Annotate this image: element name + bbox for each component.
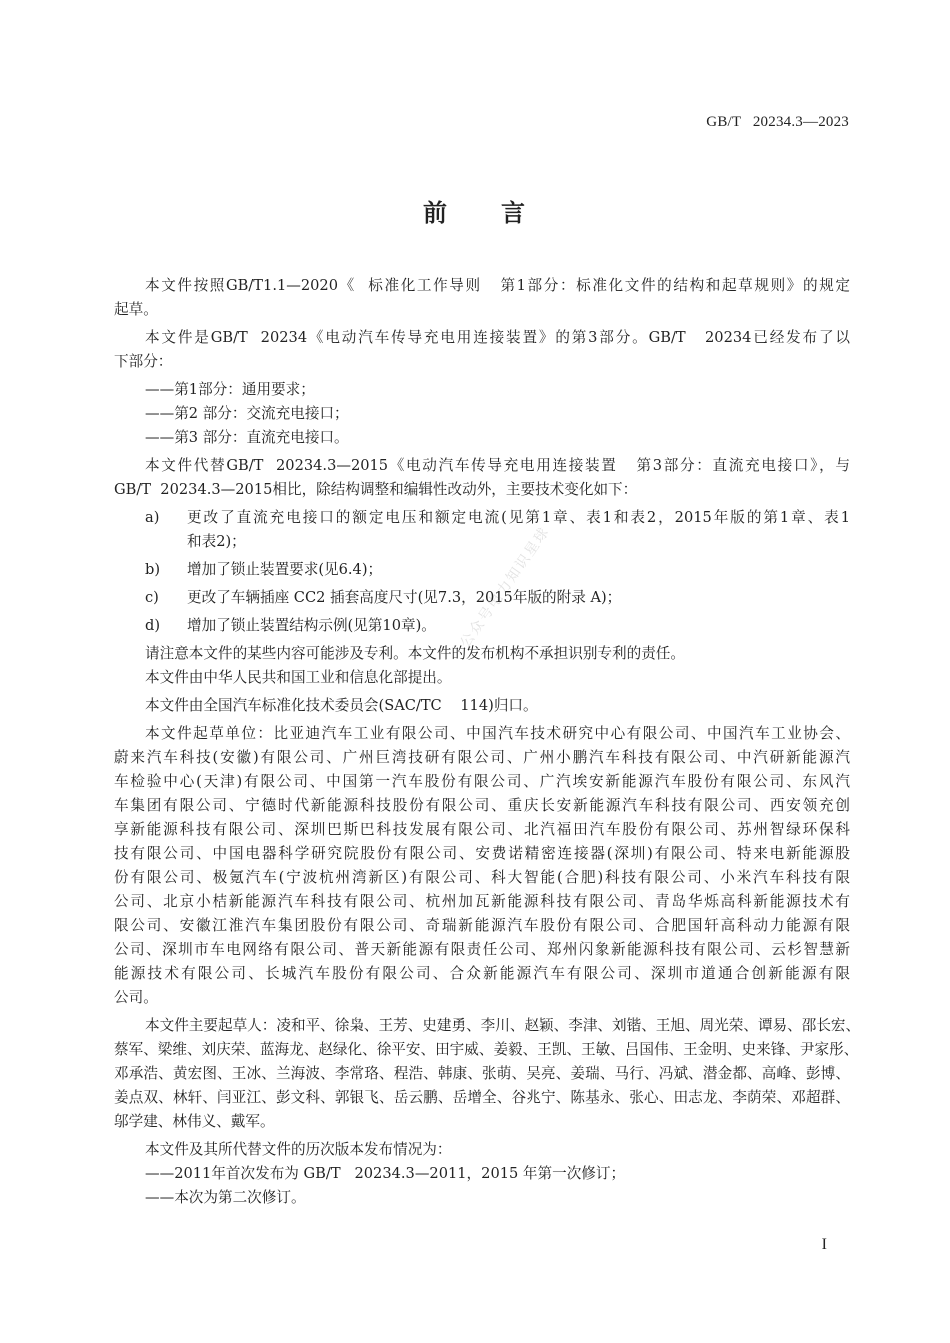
text-line: 本文件是GB/T 20234《电动汽车传导充电用连接装置》的第3部分。GB/T …	[114, 326, 850, 350]
list-item: ——2011年首次发布为 GB/T 20234.3—2011，2015 年第一次…	[114, 1162, 850, 1186]
list-item: a) 更改了直流充电接口的额定电压和额定电流(见第1章、表1和表2，2015年版…	[114, 506, 850, 530]
list-marker: b)	[114, 558, 187, 582]
list-item: ——第3 部分：直流充电接口。	[114, 426, 850, 450]
text-line: 能源技术有限公司、长城汽车股份有限公司、合众新能源汽车有限公司、深圳市道通合创新…	[114, 962, 850, 986]
text-line: 技有限公司、中国电器科学研究院股份有限公司、安费诺精密连接器(深圳)有限公司、特…	[114, 842, 850, 866]
parts-list: ——第1部分：通用要求； ——第2 部分：交流充电接口； ——第3 部分：直流充…	[114, 378, 850, 450]
changes-list: a) 更改了直流充电接口的额定电压和额定电流(见第1章、表1和表2，2015年版…	[114, 506, 850, 638]
patent-notice: 请注意本文件的某些内容可能涉及专利。本文件的发布机构不承担识别专利的责任。	[114, 642, 850, 666]
text-line: 公司、深圳市车电网络有限公司、普天新能源有限责任公司、郑州闪象新能源科技有限公司…	[114, 938, 850, 962]
text-line: 本文件代替GB/T 20234.3—2015《电动汽车传导充电用连接装置 第3部…	[114, 454, 850, 478]
document-page: GB/T 20234.3—2023 前 言 公众号电力知识星球 本文件按照GB/…	[0, 0, 950, 1343]
page-number: I	[822, 1236, 827, 1254]
list-item: b) 增加了锁止装置要求(见6.4)；	[114, 558, 850, 582]
text-line: 更改了直流充电接口的额定电压和额定电流(见第1章、表1和表2，2015年版的第1…	[187, 506, 850, 530]
list-marker: c)	[114, 586, 187, 610]
list-item: ——本次为第二次修订。	[114, 1186, 850, 1210]
proposer-statement: 本文件由中华人民共和国工业和信息化部提出。	[114, 666, 850, 690]
list-item: ——第1部分：通用要求；	[114, 378, 850, 402]
text-line: 起草。	[114, 298, 850, 322]
text-line: 本文件起草单位：比亚迪汽车工业有限公司、中国汽车技术研究中心有限公司、中国汽车工…	[114, 722, 850, 746]
document-body: 本文件按照GB/T1.1—2020《 标准化工作导则 第1部分：标准化文件的结构…	[114, 274, 850, 1210]
text-line: 本文件按照GB/T1.1—2020《 标准化工作导则 第1部分：标准化文件的结构…	[114, 274, 850, 298]
text-line: 更改了车辆插座 CC2 插套高度尺寸(见7.3，2015年版的附录 A)；	[187, 586, 850, 610]
text-line: 公司、北京小桔新能源汽车科技有限公司、杭州加瓦新能源科技有限公司、青岛华烁高科新…	[114, 890, 850, 914]
version-history: 本文件及其所代替文件的历次版本发布情况为： ——2011年首次发布为 GB/T …	[114, 1138, 850, 1210]
text-line: 增加了锁止装置要求(见6.4)；	[187, 558, 850, 582]
text-line: 车检验中心(天津)有限公司、中国第一汽车股份有限公司、广汽埃安新能源汽车股份有限…	[114, 770, 850, 794]
paragraph-drafting-rules: 本文件按照GB/T1.1—2020《 标准化工作导则 第1部分：标准化文件的结构…	[114, 274, 850, 322]
drafting-units: 本文件起草单位：比亚迪汽车工业有限公司、中国汽车技术研究中心有限公司、中国汽车工…	[114, 722, 850, 1010]
paragraph-series: 本文件是GB/T 20234《电动汽车传导充电用连接装置》的第3部分。GB/T …	[114, 326, 850, 374]
main-drafters: 本文件主要起草人：凌和平、徐枭、王芳、史建勇、李川、赵颖、李津、刘锴、王旭、周光…	[114, 1014, 850, 1134]
text-line: 享新能源科技有限公司、深圳巴斯巴科技发展有限公司、北汽福田汽车股份有限公司、苏州…	[114, 818, 850, 842]
paragraph-replaces: 本文件代替GB/T 20234.3—2015《电动汽车传导充电用连接装置 第3部…	[114, 454, 850, 502]
text-line: GB/T 20234.3—2015相比，除结构调整和编辑性改动外，主要技术变化如…	[114, 478, 850, 502]
text-line: 公司。	[114, 986, 850, 1010]
text-line: 邓承浩、黄宏图、王冰、兰海波、李常珞、程浩、韩康、张萌、吴亮、姜瑞、马行、冯斌、…	[114, 1062, 850, 1086]
text-line: 和表2)；	[114, 530, 850, 554]
centralized-statement: 本文件由全国汽车标准化技术委员会(SAC/TC 114)归口。	[114, 694, 850, 718]
list-item: c) 更改了车辆插座 CC2 插套高度尺寸(见7.3，2015年版的附录 A)；	[114, 586, 850, 610]
list-item: ——第2 部分：交流充电接口；	[114, 402, 850, 426]
text-line: 本文件主要起草人：凌和平、徐枭、王芳、史建勇、李川、赵颖、李津、刘锴、王旭、周光…	[114, 1014, 850, 1038]
text-line: 车集团有限公司、宁德时代新能源科技股份有限公司、重庆长安新能源汽车科技有限公司、…	[114, 794, 850, 818]
text-line: 下部分：	[114, 350, 850, 374]
text-line: 限公司、安徽江淮汽车集团股份有限公司、奇瑞新能源汽车股份有限公司、合肥国轩高科动…	[114, 914, 850, 938]
text-line: 增加了锁止装置结构示例(见第10章)。	[187, 614, 850, 638]
text-line: 邬学建、林伟义、戴军。	[114, 1110, 850, 1134]
list-marker: a)	[114, 506, 187, 530]
document-code: GB/T 20234.3—2023	[706, 114, 849, 131]
list-item: d) 增加了锁止装置结构示例(见第10章)。	[114, 614, 850, 638]
text-line: 蔚来汽车科技(安徽)有限公司、广州巨湾技研有限公司、广州小鹏汽车科技有限公司、中…	[114, 746, 850, 770]
text-line: 姜点双、林轩、闫亚江、彭文科、郭银飞、岳云鹏、岳增全、谷兆宁、陈基永、张心、田志…	[114, 1086, 850, 1110]
page-title: 前 言	[0, 193, 950, 228]
text-line: 蔡军、梁维、刘庆荣、蓝海龙、赵绿化、徐平安、田宇威、姜毅、王凯、王敏、吕国伟、王…	[114, 1038, 850, 1062]
list-marker: d)	[114, 614, 187, 638]
text-line: 份有限公司、极氪汽车(宁波杭州湾新区)有限公司、科大智能(合肥)科技有限公司、小…	[114, 866, 850, 890]
text-line: 本文件及其所代替文件的历次版本发布情况为：	[114, 1138, 850, 1162]
